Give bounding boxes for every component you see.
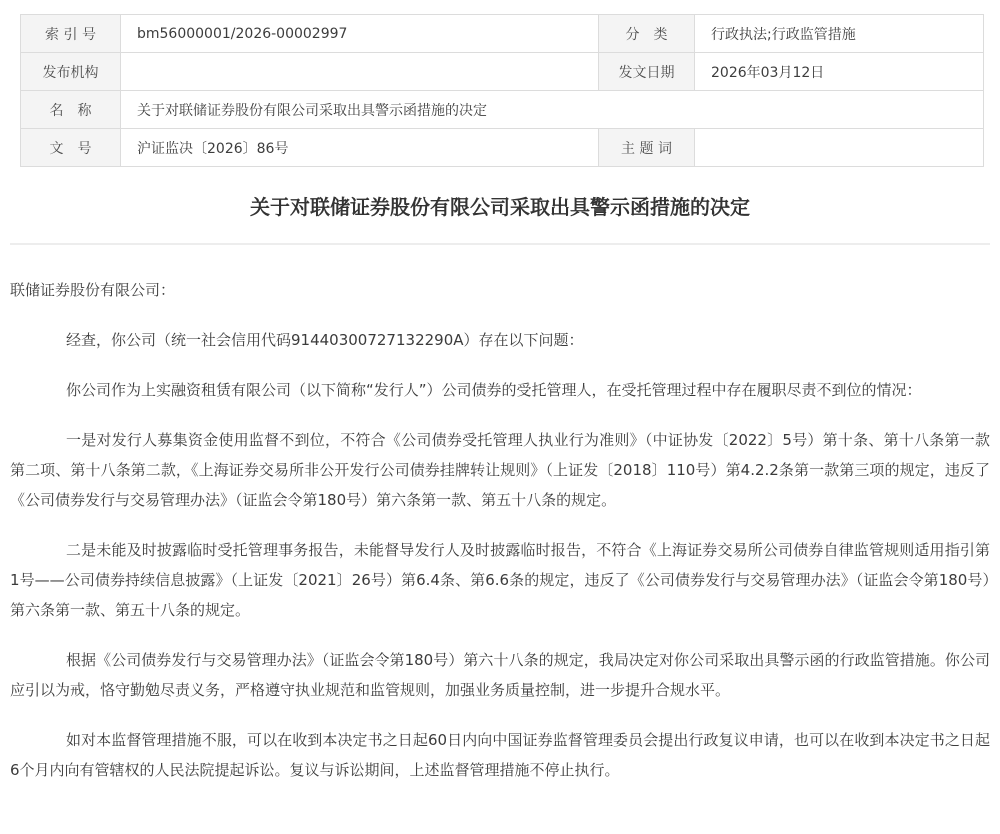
- meta-value-category: 行政执法;行政监管措施: [695, 15, 984, 53]
- meta-label-publisher: 发布机构: [21, 53, 121, 91]
- paragraph-violation-two: 二是未能及时披露临时受托管理事务报告，未能督导发行人及时披露临时报告，不符合《上…: [10, 535, 990, 625]
- meta-value-index-number: bm56000001/2026-00002997: [121, 15, 599, 53]
- paragraph-violation-one: 一是对发行人募集资金使用监督不到位，不符合《公司债券受托管理人执业行为准则》（中…: [10, 425, 990, 515]
- meta-row-index: 索 引 号 bm56000001/2026-00002997 分 类 行政执法;…: [21, 15, 984, 53]
- paragraph-appeal-rights: 如对本监督管理措施不服，可以在收到本决定书之日起60日内向中国证券监督管理委员会…: [10, 725, 990, 785]
- meta-row-publisher: 发布机构 发文日期 2026年03月12日: [21, 53, 984, 91]
- title-divider: [10, 243, 990, 245]
- paragraph-role-statement: 你公司作为上实融资租赁有限公司（以下简称“发行人”）公司债券的受托管理人，在受托…: [10, 375, 990, 405]
- meta-value-title: 关于对联储证券股份有限公司采取出具警示函措施的决定: [121, 91, 984, 129]
- salutation-line: 联储证券股份有限公司：: [10, 275, 990, 305]
- meta-label-subject-words: 主 题 词: [599, 129, 695, 167]
- meta-label-doc-number: 文 号: [21, 129, 121, 167]
- meta-value-publisher: [121, 53, 599, 91]
- meta-label-issue-date: 发文日期: [599, 53, 695, 91]
- document-page: 索 引 号 bm56000001/2026-00002997 分 类 行政执法;…: [0, 0, 1000, 834]
- meta-value-issue-date: 2026年03月12日: [695, 53, 984, 91]
- meta-value-subject-words: [695, 129, 984, 167]
- meta-row-title: 名 称 关于对联储证券股份有限公司采取出具警示函措施的决定: [21, 91, 984, 129]
- document-meta-table: 索 引 号 bm56000001/2026-00002997 分 类 行政执法;…: [20, 14, 984, 167]
- paragraph-findings-intro: 经查，你公司（统一社会信用代码91440300727132290A）存在以下问题…: [10, 325, 990, 355]
- meta-label-category: 分 类: [599, 15, 695, 53]
- document-body: 联储证券股份有限公司： 经查，你公司（统一社会信用代码9144030072713…: [0, 275, 1000, 785]
- meta-label-index-number: 索 引 号: [21, 15, 121, 53]
- meta-label-title: 名 称: [21, 91, 121, 129]
- document-title: 关于对联储证券股份有限公司采取出具警示函措施的决定: [0, 193, 1000, 221]
- paragraph-decision: 根据《公司债券发行与交易管理办法》（证监会令第180号）第六十八条的规定，我局决…: [10, 645, 990, 705]
- meta-value-doc-number: 沪证监决〔2026〕86号: [121, 129, 599, 167]
- meta-row-doc-number: 文 号 沪证监决〔2026〕86号 主 题 词: [21, 129, 984, 167]
